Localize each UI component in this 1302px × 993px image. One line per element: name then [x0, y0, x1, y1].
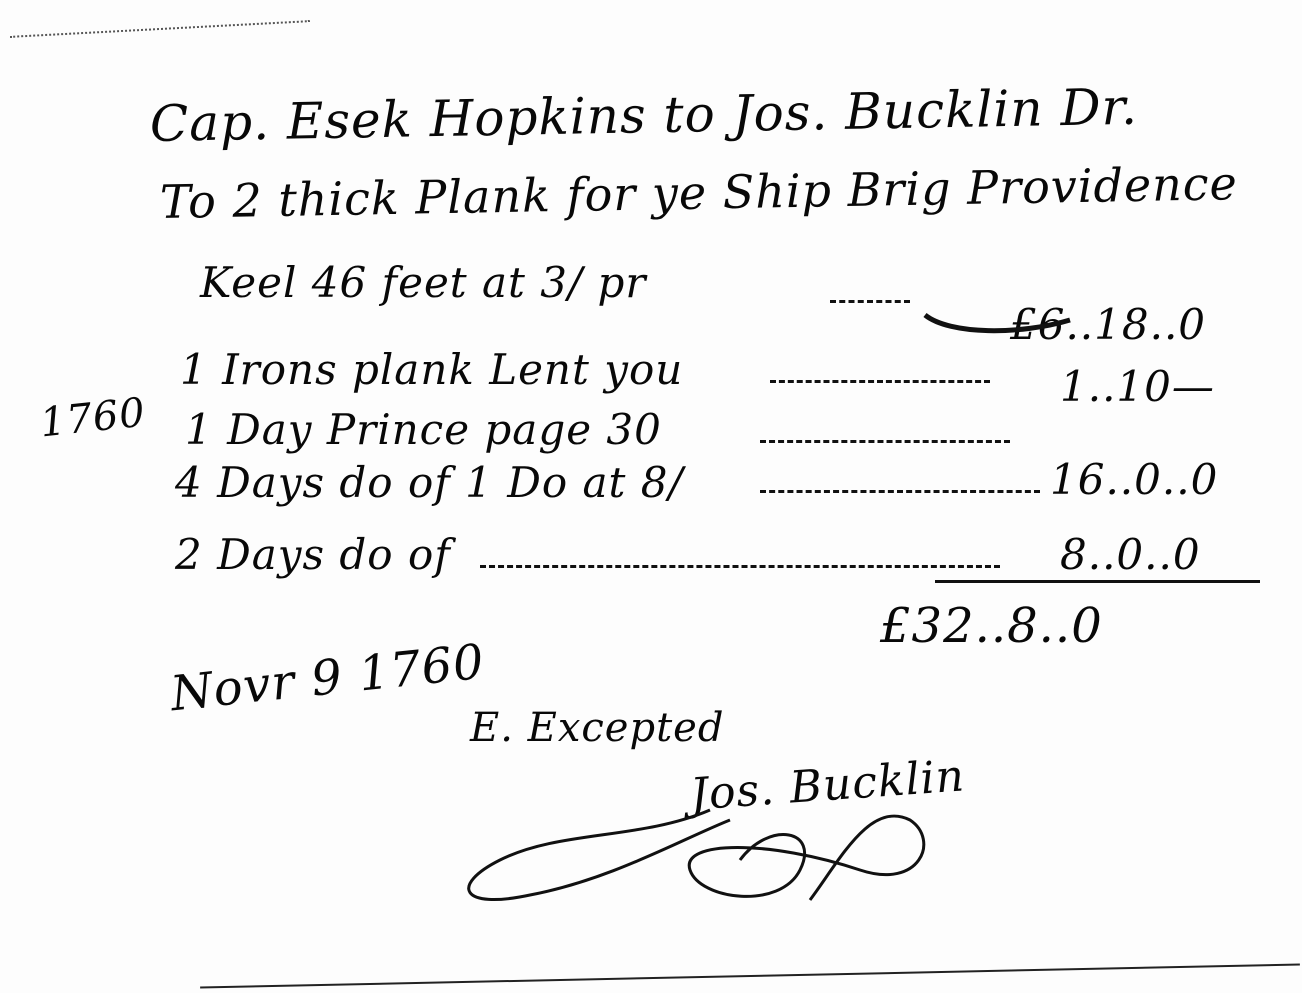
line-item-description: Keel 46 feet at 3/ pr	[200, 258, 646, 307]
pound-flourish-icon	[920, 290, 1080, 340]
account-heading: Cap. Esek Hopkins to Jos. Bucklin Dr.	[149, 78, 1138, 153]
scan-edge-mark	[200, 963, 1300, 988]
line-item-amount: 8..0..0	[1060, 530, 1201, 579]
line-item-description: 1 Day Prince page 30	[185, 405, 662, 454]
line-item-description: 1 Irons plank Lent you	[180, 345, 683, 394]
total-amount: £32..8..0	[880, 598, 1103, 654]
leader-dashes	[770, 380, 990, 383]
signature-flourish-icon	[440, 800, 960, 920]
document-date: Novr 9 1760	[168, 634, 487, 723]
sum-rule	[935, 580, 1260, 583]
line-item-amount: 1..10—	[1060, 362, 1215, 411]
line-item-amount: 16..0..0	[1050, 455, 1218, 504]
margin-year-note: 1760	[38, 390, 148, 447]
leader-dashes	[760, 440, 1010, 443]
document-page: Cap. Esek Hopkins to Jos. Bucklin Dr. To…	[0, 0, 1302, 993]
scan-edge-mark	[10, 20, 310, 38]
leader-dashes	[830, 300, 910, 303]
leader-dashes	[760, 490, 1040, 493]
errors-excepted-note: E. Excepted	[470, 705, 724, 751]
line-item-description: 2 Days do of	[175, 530, 451, 579]
account-subheading: To 2 thick Plank for ye Ship Brig Provid…	[160, 156, 1239, 229]
line-item-description: 4 Days do of 1 Do at 8/	[175, 458, 684, 507]
leader-dashes	[480, 565, 1000, 568]
